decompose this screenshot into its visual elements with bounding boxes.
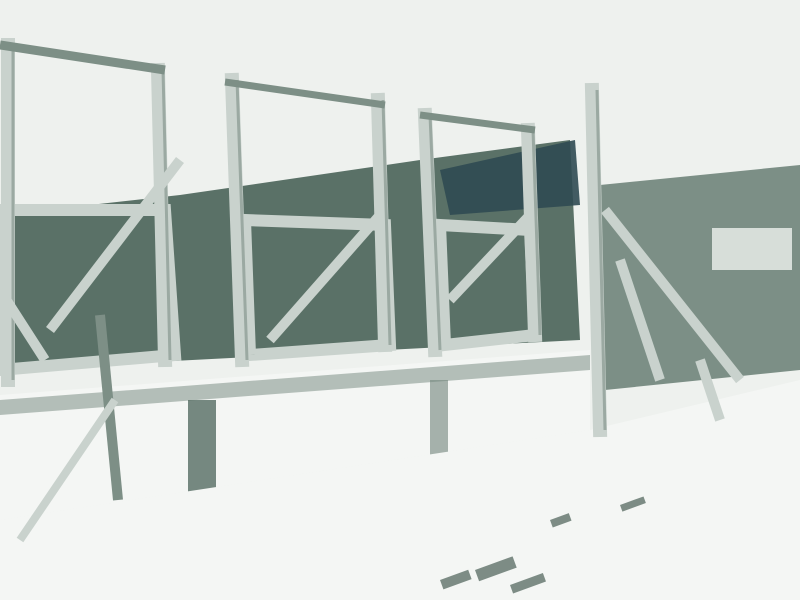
construction-scene [0,0,800,600]
window-opening [712,228,792,270]
pillar-dark [188,400,216,500]
pillar-mid [430,380,448,460]
construction-photo [0,0,800,600]
